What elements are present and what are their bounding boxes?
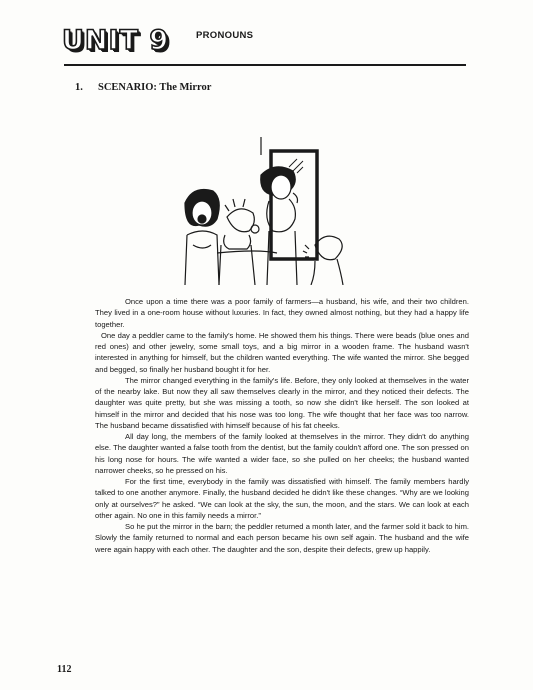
story-text: Once upon a time there was a poor family… — [95, 296, 469, 555]
section-title: SCENARIO: The Mirror — [98, 82, 211, 93]
header-divider — [64, 64, 466, 66]
unit-heading: UNIT 9 — [62, 26, 169, 56]
family-mirror-illustration — [165, 135, 360, 285]
unit-topic: PRONOUNS — [196, 30, 253, 41]
section-number: 1. — [75, 82, 98, 93]
section-heading: 1.SCENARIO: The Mirror — [75, 82, 211, 93]
story-paragraph: All day long, the members of the family … — [95, 431, 469, 476]
story-paragraph: The mirror changed everything in the fam… — [95, 375, 469, 431]
story-paragraph: For the first time, everybody in the fam… — [95, 476, 469, 521]
story-paragraph: So he put the mirror in the barn; the pe… — [95, 521, 469, 555]
story-paragraph: One day a peddler came to the family's h… — [95, 330, 469, 375]
story-paragraph: Once upon a time there was a poor family… — [95, 296, 469, 330]
page-number: 112 — [57, 664, 71, 675]
